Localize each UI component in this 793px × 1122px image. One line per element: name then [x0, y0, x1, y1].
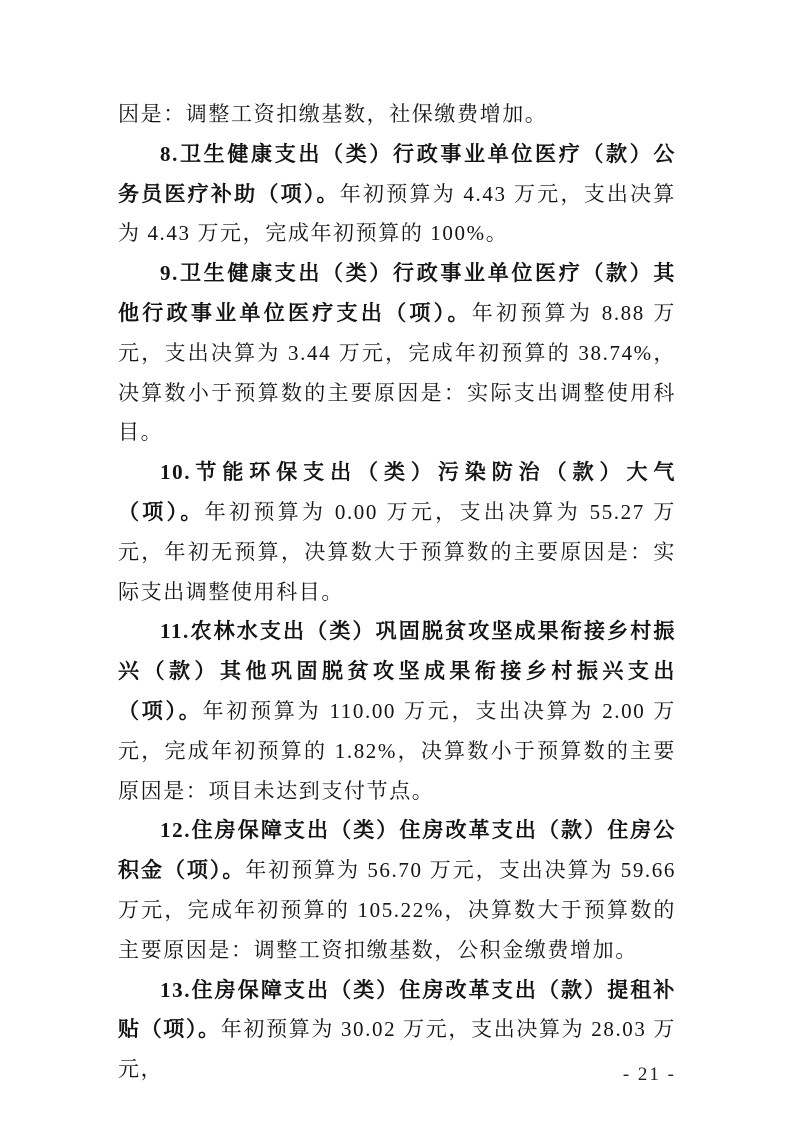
paragraph-item-11: 11.农林水支出（类）巩固脱贫攻坚成果衔接乡村振兴（款）其他巩固脱贫攻坚成果衔接…	[118, 612, 676, 811]
paragraph-text: 因是：调整工资扣缴基数，社保缴费增加。	[118, 102, 547, 126]
paragraph-text: 年初预算为 110.00 万元，支出决算为 2.00 万元，完成年初预算的 1.…	[118, 699, 676, 803]
document-body: 因是：调整工资扣缴基数，社保缴费增加。 8.卫生健康支出（类）行政事业单位医疗（…	[118, 95, 676, 1090]
paragraph-item-9: 9.卫生健康支出（类）行政事业单位医疗（款）其他行政事业单位医疗支出（项）。年初…	[118, 254, 676, 453]
paragraph-item-13: 13.住房保障支出（类）住房改革支出（款）提租补贴（项）。年初预算为 30.02…	[118, 971, 676, 1090]
paragraph-item-12: 12.住房保障支出（类）住房改革支出（款）住房公积金（项）。年初预算为 56.7…	[118, 811, 676, 970]
paragraph-item-8: 8.卫生健康支出（类）行政事业单位医疗（款）公务员医疗补助（项）。年初预算为 4…	[118, 135, 676, 254]
paragraph-item-10: 10.节能环保支出（类）污染防治（款）大气（项）。年初预算为 0.00 万元，支…	[118, 453, 676, 612]
paragraph-continuation: 因是：调整工资扣缴基数，社保缴费增加。	[118, 95, 676, 135]
page-number: - 21 -	[623, 1064, 676, 1086]
document-page: 因是：调整工资扣缴基数，社保缴费增加。 8.卫生健康支出（类）行政事业单位医疗（…	[0, 0, 793, 1122]
